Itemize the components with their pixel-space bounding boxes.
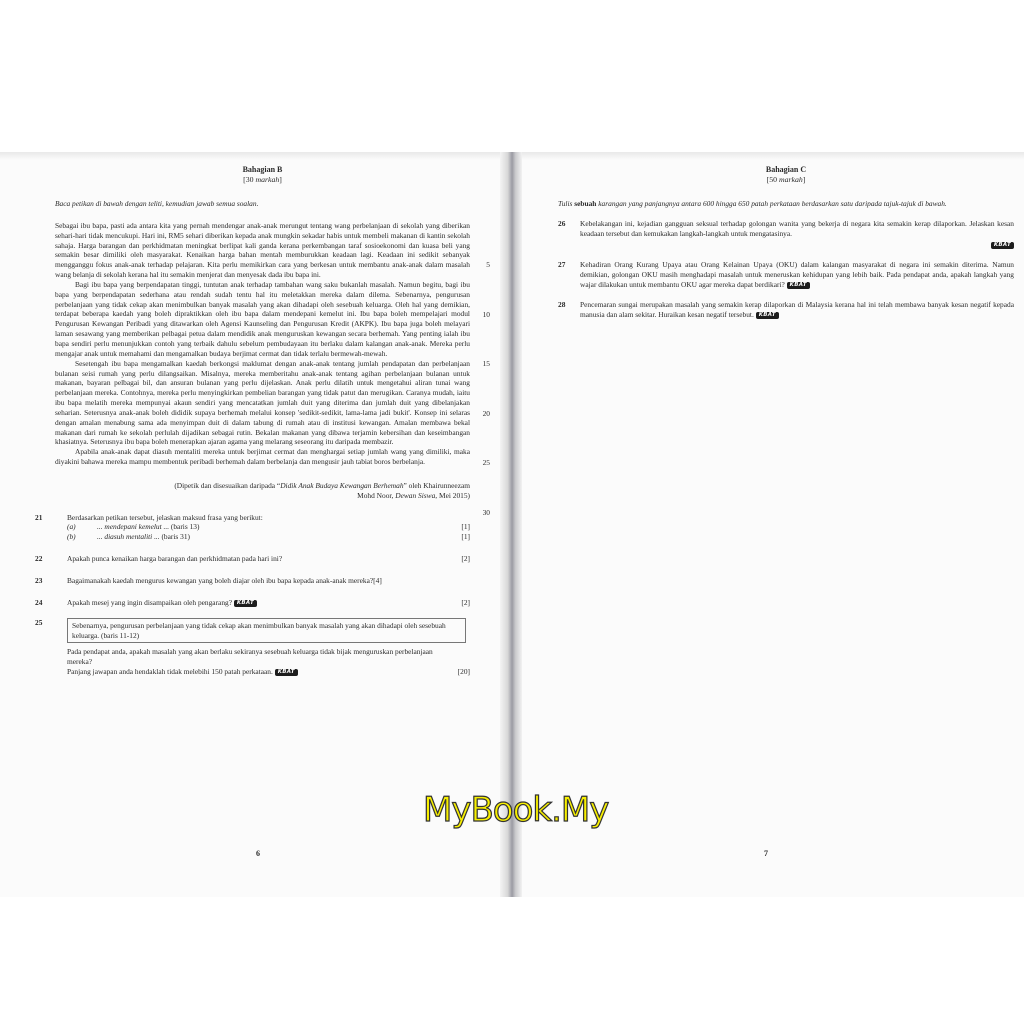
kbat-badge: KBAT — [275, 669, 298, 676]
line-number: 25 — [483, 458, 490, 468]
passage-paragraph: Sesetengah ibu bapa mengamalkan kaedah b… — [55, 359, 470, 448]
page-left: Bahagian B [30 markah] Baca petikan di b… — [55, 165, 470, 677]
instruction: Baca petikan di bawah dengan teliti, kem… — [55, 199, 470, 209]
question-21a: (a)... mendepani kemelut ... (baris 13) … — [67, 522, 470, 532]
section-title: Bahagian B — [55, 165, 470, 175]
page-right: Bahagian C [50 markah] Tulis sebuah kara… — [558, 165, 1014, 320]
passage: Sebagai ibu bapa, pasti ada antara kita … — [55, 221, 470, 467]
line-number: 15 — [483, 359, 490, 369]
question-28: 28 Pencemaran sungai merupakan masalah y… — [558, 300, 1014, 320]
passage-paragraph: Apabila anak-anak dapat diasuh mentaliti… — [55, 447, 470, 467]
section-marks: [50 markah] — [558, 175, 1014, 185]
kbat-badge: KBAT — [234, 600, 257, 607]
question-26: 26 Kebelakangan ini, kejadian gangguan s… — [558, 219, 1014, 251]
question-22: 22 Apakah punca kenaikan harga barangan … — [55, 554, 470, 564]
line-number: 10 — [483, 310, 490, 320]
instruction: Tulis sebuah karangan yang panjangnya an… — [558, 199, 1014, 209]
section-title: Bahagian C — [558, 165, 1014, 175]
question-27: 27 Kehadiran Orang Kurang Upaya atau Ora… — [558, 260, 1014, 290]
line-number: 20 — [483, 409, 490, 419]
question-25: 25 Sebenarnya, pengurusan perbelanjaan y… — [55, 618, 470, 677]
line-number: 30 — [483, 508, 490, 518]
book-gutter — [500, 152, 522, 897]
kbat-badge: KBAT — [787, 282, 810, 289]
passage-source: (Dipetik dan disesuaikan daripada “Didik… — [55, 481, 470, 501]
question-23: 23 Bagaimanakah kaedah mengurus kewangan… — [55, 576, 470, 586]
page-number-left: 6 — [256, 849, 260, 858]
passage-paragraph: Bagi ibu bapa yang berpendapatan tinggi,… — [55, 280, 470, 359]
watermark-logo: MyBook.My — [423, 790, 608, 830]
quoted-excerpt: Sebenarnya, pengurusan perbelanjaan yang… — [67, 618, 466, 644]
question-21: 21 Berdasarkan petikan tersebut, jelaska… — [55, 513, 470, 543]
line-number: 5 — [486, 260, 490, 270]
page-number-right: 7 — [764, 849, 768, 858]
question-24: 24 Apakah mesej yang ingin disampaikan o… — [55, 598, 470, 608]
kbat-badge: KBAT — [991, 242, 1014, 249]
question-21b: (b)... diasuh mentaliti ... (baris 31) [… — [67, 532, 470, 542]
passage-paragraph: Sebagai ibu bapa, pasti ada antara kita … — [55, 221, 470, 280]
section-marks: [30 markah] — [55, 175, 470, 185]
kbat-badge: KBAT — [756, 312, 779, 319]
